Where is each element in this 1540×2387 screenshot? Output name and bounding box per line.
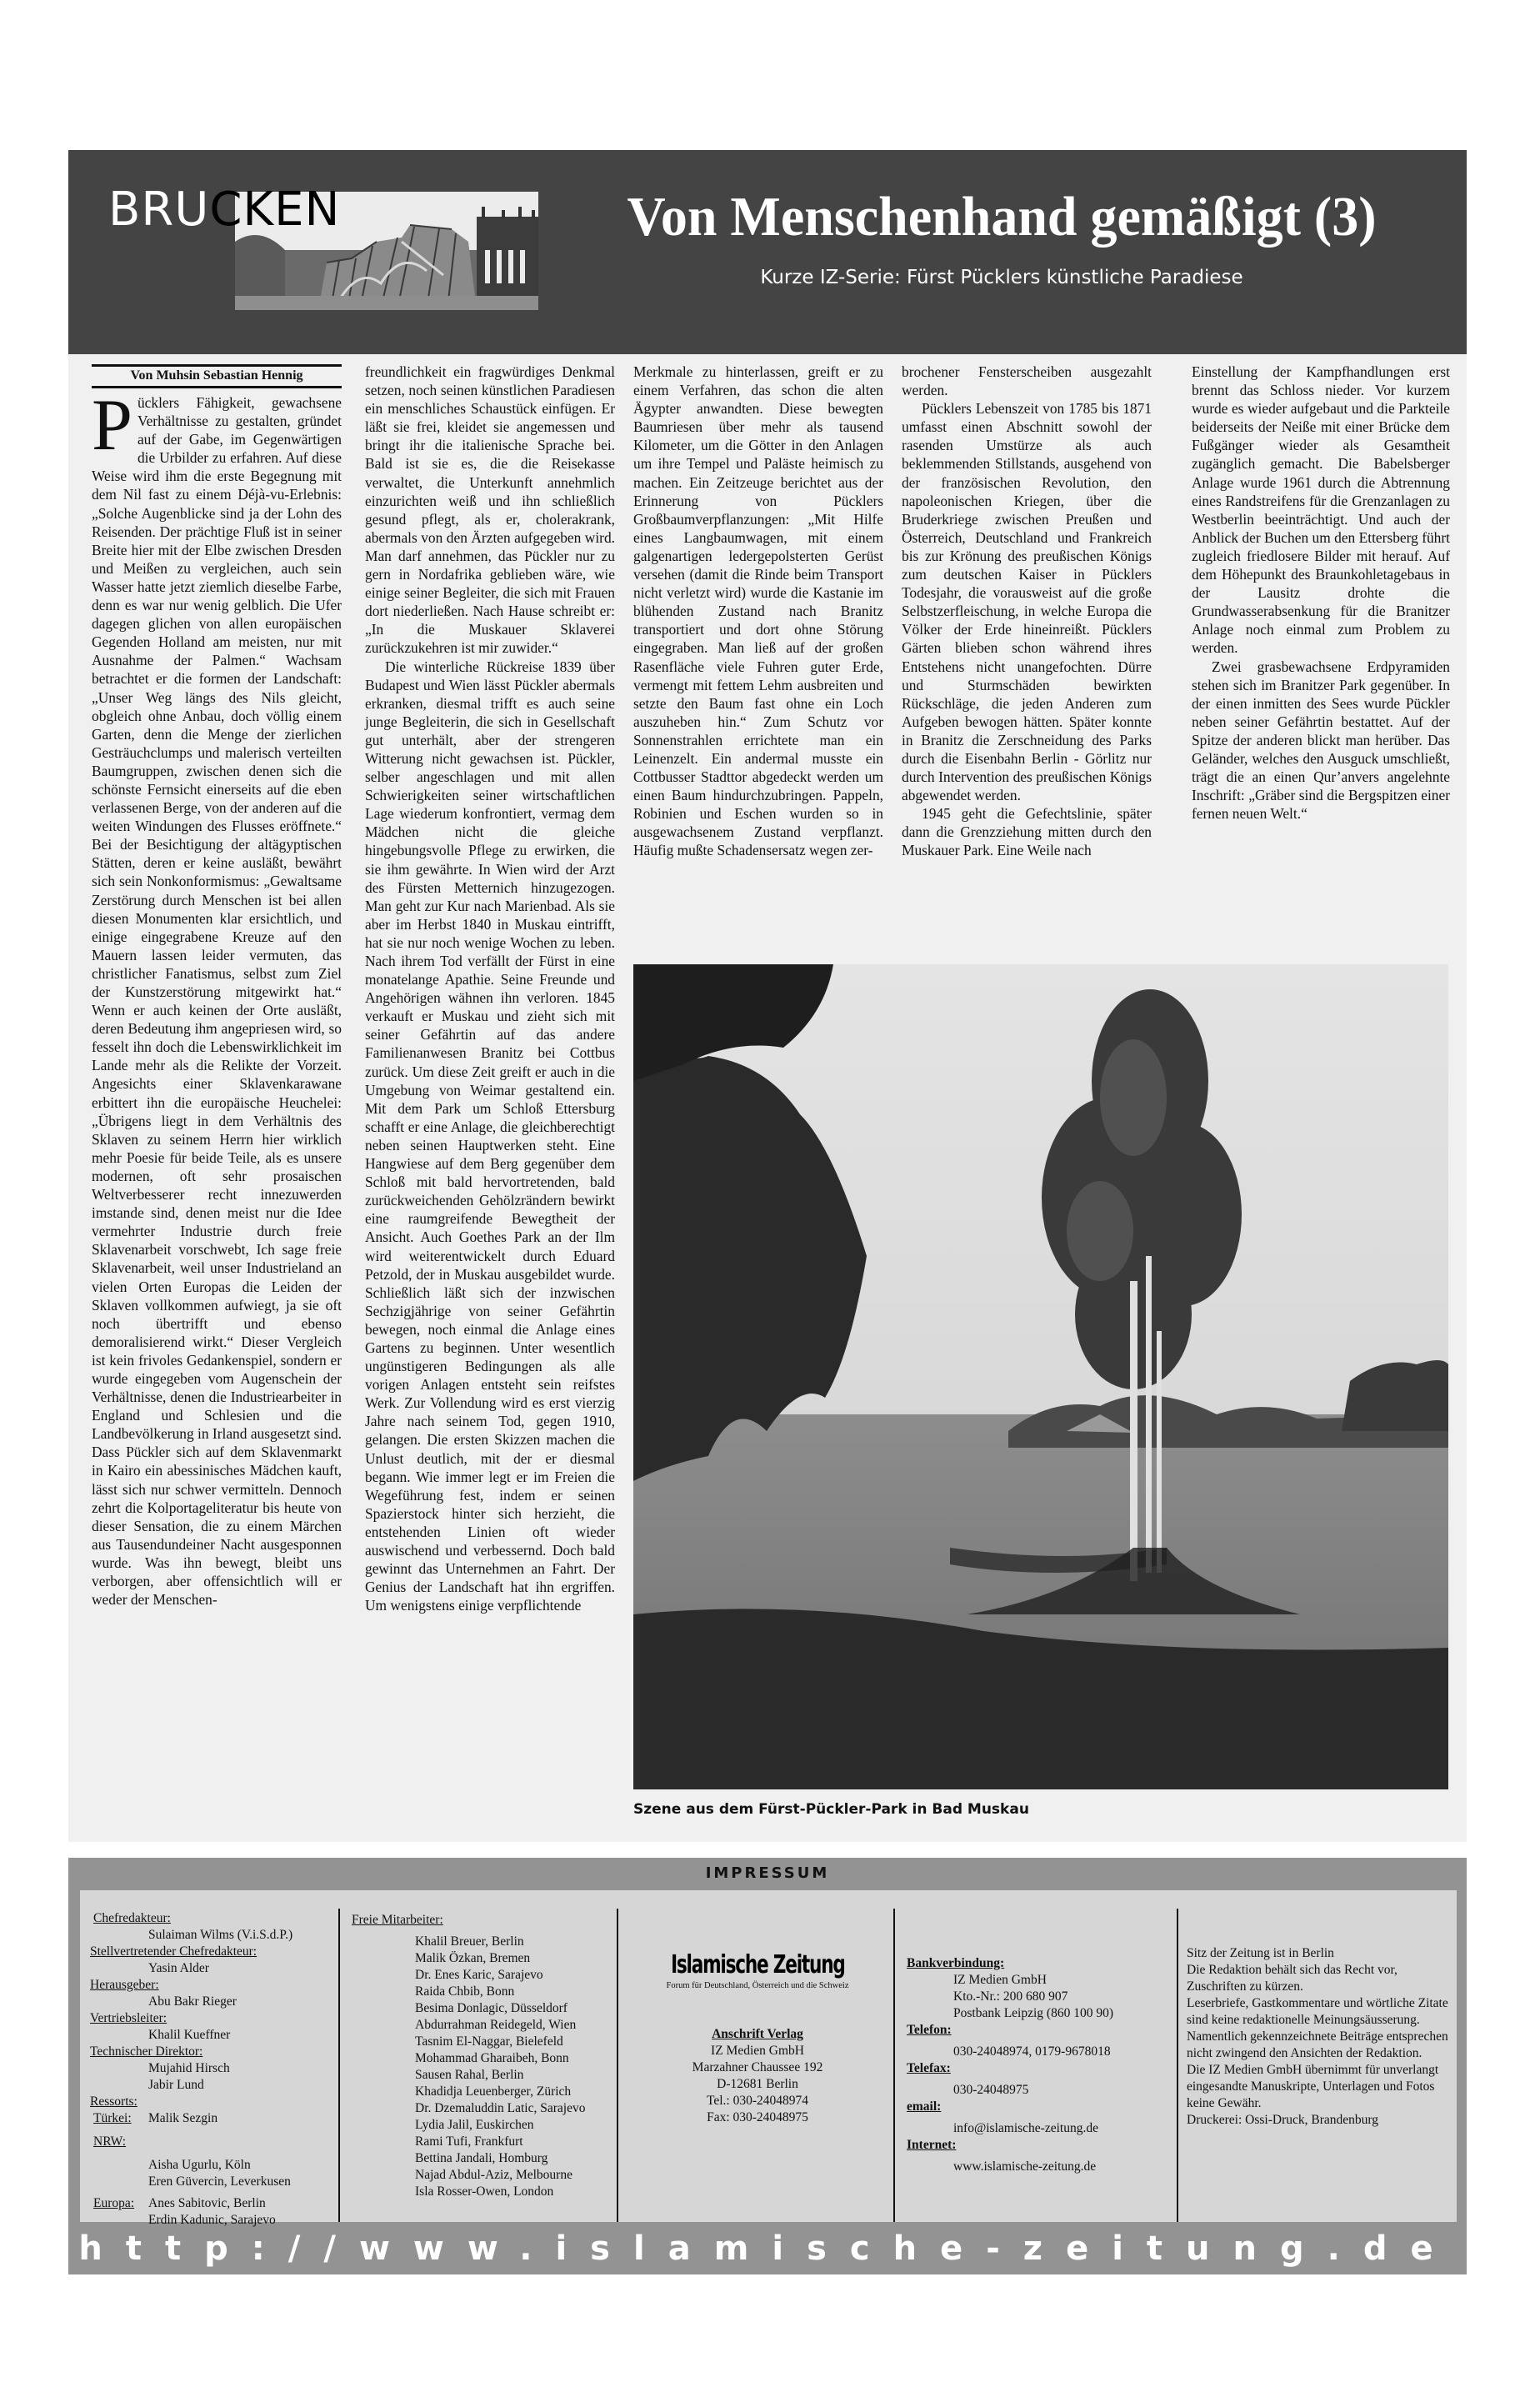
staff-name: Jabir Lund — [90, 2077, 332, 2094]
paragraph: Pücklers Lebenszeit von 1785 bis 1871 um… — [902, 399, 1152, 804]
contact-label: Bankverbindung: — [907, 1955, 1173, 1972]
staff-label: Technischer Direktor: — [90, 2044, 332, 2060]
contributor: Bettina Jandali, Homburg — [415, 2150, 610, 2167]
staff-label: Vertriebsleiter: — [90, 2010, 332, 2027]
staff-label: Chefredakteur: — [90, 1910, 332, 1927]
note: Die IZ Medien GmbH übernimmt für unverla… — [1187, 2062, 1452, 2112]
dropcap: P — [92, 393, 137, 453]
staff-name: Sulaiman Wilms (V.i.S.d.P.) — [90, 1927, 332, 1944]
ressort-name: Aisha Ugurlu, Köln — [90, 2157, 332, 2174]
article-column-4: brochener Fensterscheiben ausgezahlt wer… — [902, 363, 1152, 860]
contributor: Besima Donlagic, Düsseldorf — [415, 2000, 610, 2017]
article-column-1: Von Muhsin Sebastian Hennig Pücklers Fäh… — [92, 356, 342, 1609]
contact-label: Internet: — [907, 2137, 1173, 2154]
note: Leserbriefe, Gastkommentare und wörtlich… — [1187, 1995, 1452, 2029]
series-header: BRUCKEN Von Menschenhand gemäßigt (3) Ku… — [68, 150, 1467, 354]
article-column-5: Einstellung der Kampfhandlungen erst bre… — [1192, 363, 1450, 823]
contributor: Abdurrahman Reidegeld, Wien — [415, 2017, 610, 2034]
ressorts-label: Ressorts: — [90, 2094, 332, 2110]
paragraph: brochener Fensterscheiben ausgezahlt wer… — [902, 363, 1152, 399]
column-divider — [893, 1909, 895, 2222]
ressort-label: Türkei: — [93, 2110, 132, 2127]
ressort-name: Malik Sezgin — [148, 2110, 217, 2127]
note: Namentlich gekennzeichnete Beiträge ents… — [1187, 2029, 1452, 2062]
contact-label: email: — [907, 2099, 1173, 2115]
contributor: Rami Tufi, Frankfurt — [415, 2134, 610, 2150]
impressum-title: IMPRESSUM — [68, 1864, 1467, 1882]
address-line: Tel.: 030-24048974 — [622, 2093, 893, 2109]
website-url-banner[interactable]: http://www.islamische-zeitung.de — [68, 2223, 1467, 2274]
paragraph: freundlichkeit ein fragwürdiges Denkmal … — [365, 363, 615, 658]
contributor: Najad Abdul-Aziz, Melbourne — [415, 2167, 610, 2184]
paragraph: 1945 geht die Gefechtslinie, später dann… — [902, 804, 1152, 859]
article-title: Von Menschenhand gemäßigt (3) — [568, 188, 1435, 244]
ressort-name: Eren Güvercin, Leverkusen — [90, 2174, 332, 2190]
impressum-publisher: Islamische Zeitung Forum für Deutschland… — [622, 1957, 893, 2126]
logo-word-light: BRU — [108, 183, 209, 237]
contributor: Dr. Enes Karic, Sarajevo — [415, 1967, 610, 1984]
paragraph: Die winterliche Rückreise 1839 über Buda… — [365, 658, 615, 1615]
contributor: Dr. Dzemaluddin Latic, Sarajevo — [415, 2100, 610, 2117]
address-line: D-12681 Berlin — [622, 2076, 893, 2093]
contact-value: 030-24048975 — [907, 2082, 1173, 2099]
article-column-3: Merkmale zu hinterlassen, greift er zu e… — [633, 363, 883, 860]
email-link[interactable]: info@islamische-zeitung.de — [907, 2120, 1173, 2137]
staff-name: Mujahid Hirsch — [90, 2060, 332, 2077]
column-divider — [338, 1909, 340, 2222]
column-divider — [617, 1909, 618, 2222]
note: Die Redaktion behält sich das Recht vor,… — [1187, 1962, 1452, 1995]
contact-value: Postbank Leipzig (860 100 90) — [907, 2005, 1173, 2022]
contact-value: Kto.-Nr.: 200 680 907 — [907, 1989, 1173, 2005]
impressum-content: Chefredakteur: Sulaiman Wilms (V.i.S.d.P… — [80, 1890, 1457, 2222]
ressort-label: NRW: — [90, 2134, 332, 2150]
address-line: Fax: 030-24048975 — [622, 2109, 893, 2126]
note: Sitz der Zeitung ist in Berlin — [1187, 1945, 1452, 1962]
contributors-label: Freie Mitarbeiter: — [352, 1912, 610, 1929]
impressum: IMPRESSUM Chefredakteur: Sulaiman Wilms … — [68, 1858, 1467, 2274]
ressort-label: Europa: — [93, 2195, 134, 2212]
paragraph: Einstellung der Kampfhandlungen erst bre… — [1192, 363, 1450, 658]
contact-label: Telefax: — [907, 2060, 1173, 2077]
staff-name: Abu Bakr Rieger — [90, 1994, 332, 2010]
paragraph: Zwei grasbewachsene Erdpyramiden stehen … — [1192, 658, 1450, 823]
staff-name: Khalil Kueffner — [90, 2027, 332, 2044]
park-photo — [633, 964, 1448, 1789]
contributor: Khalil Breuer, Berlin — [415, 1934, 610, 1950]
newspaper-logo: Islamische Zeitung — [671, 1957, 845, 1974]
contact-label: Telefon: — [907, 2022, 1173, 2039]
logo-word-dark: CKEN — [209, 183, 340, 237]
paragraph: ücklers Fähigkeit, gewachsene Verhältnis… — [92, 394, 342, 1608]
contributor: Malik Özkan, Bremen — [415, 1950, 610, 1967]
contributor: Tasnim El-Naggar, Bielefeld — [415, 2034, 610, 2050]
ressort-name: Anes Sabitovic, Berlin — [148, 2195, 266, 2212]
newspaper-tagline: Forum für Deutschland, Österreich und di… — [622, 1978, 893, 1994]
address-line: IZ Medien GmbH — [622, 2043, 893, 2059]
photo-caption: Szene aus dem Fürst-Pückler-Park in Bad … — [633, 1801, 1029, 1818]
contact-value: 030-24048974, 0179-9678018 — [907, 2044, 1173, 2060]
contact-value: IZ Medien GmbH — [907, 1972, 1173, 1989]
impressum-notes: Sitz der Zeitung ist in Berlin Die Redak… — [1187, 1945, 1452, 2129]
series-logo-word: BRUCKEN — [108, 187, 340, 233]
staff-label: Stellvertretender Chefredakteur: — [90, 1944, 332, 1960]
contributor: Sausen Rahal, Berlin — [415, 2067, 610, 2084]
article-subtitle: Kurze IZ-Serie: Fürst Pücklers künstlich… — [568, 267, 1435, 288]
article-column-2: freundlichkeit ein fragwürdiges Denkmal … — [365, 363, 615, 1614]
contributor: Raida Chbib, Bonn — [415, 1984, 610, 2000]
impressum-staff: Chefredakteur: Sulaiman Wilms (V.i.S.d.P… — [90, 1910, 332, 2229]
contributor: Mohammad Gharaibeh, Bonn — [415, 2050, 610, 2067]
staff-label: Herausgeber: — [90, 1977, 332, 1994]
article-body: Von Muhsin Sebastian Hennig Pücklers Fäh… — [68, 354, 1467, 1842]
park-scene-illustration-icon — [633, 964, 1448, 1789]
impressum-contact: Bankverbindung: IZ Medien GmbH Kto.-Nr.:… — [907, 1955, 1173, 2175]
paragraph: Merkmale zu hinterlassen, greift er zu e… — [633, 363, 883, 860]
website-link[interactable]: www.islamische-zeitung.de — [907, 2159, 1173, 2175]
note: Druckerei: Ossi-Druck, Brandenburg — [1187, 2112, 1452, 2129]
address-label: Anschrift Verlag — [622, 2026, 893, 2043]
column-divider — [1177, 1909, 1178, 2222]
impressum-contributors: Freie Mitarbeiter: Khalil Breuer, Berlin… — [352, 1912, 610, 2200]
contributor: Lydia Jalil, Euskirchen — [415, 2117, 610, 2134]
contributor: Isla Rosser-Owen, London — [415, 2184, 610, 2200]
address-line: Marzahner Chaussee 192 — [622, 2059, 893, 2076]
contributor: Khadidja Leuenberger, Zürich — [415, 2084, 610, 2100]
staff-name: Yasin Alder — [90, 1960, 332, 1977]
